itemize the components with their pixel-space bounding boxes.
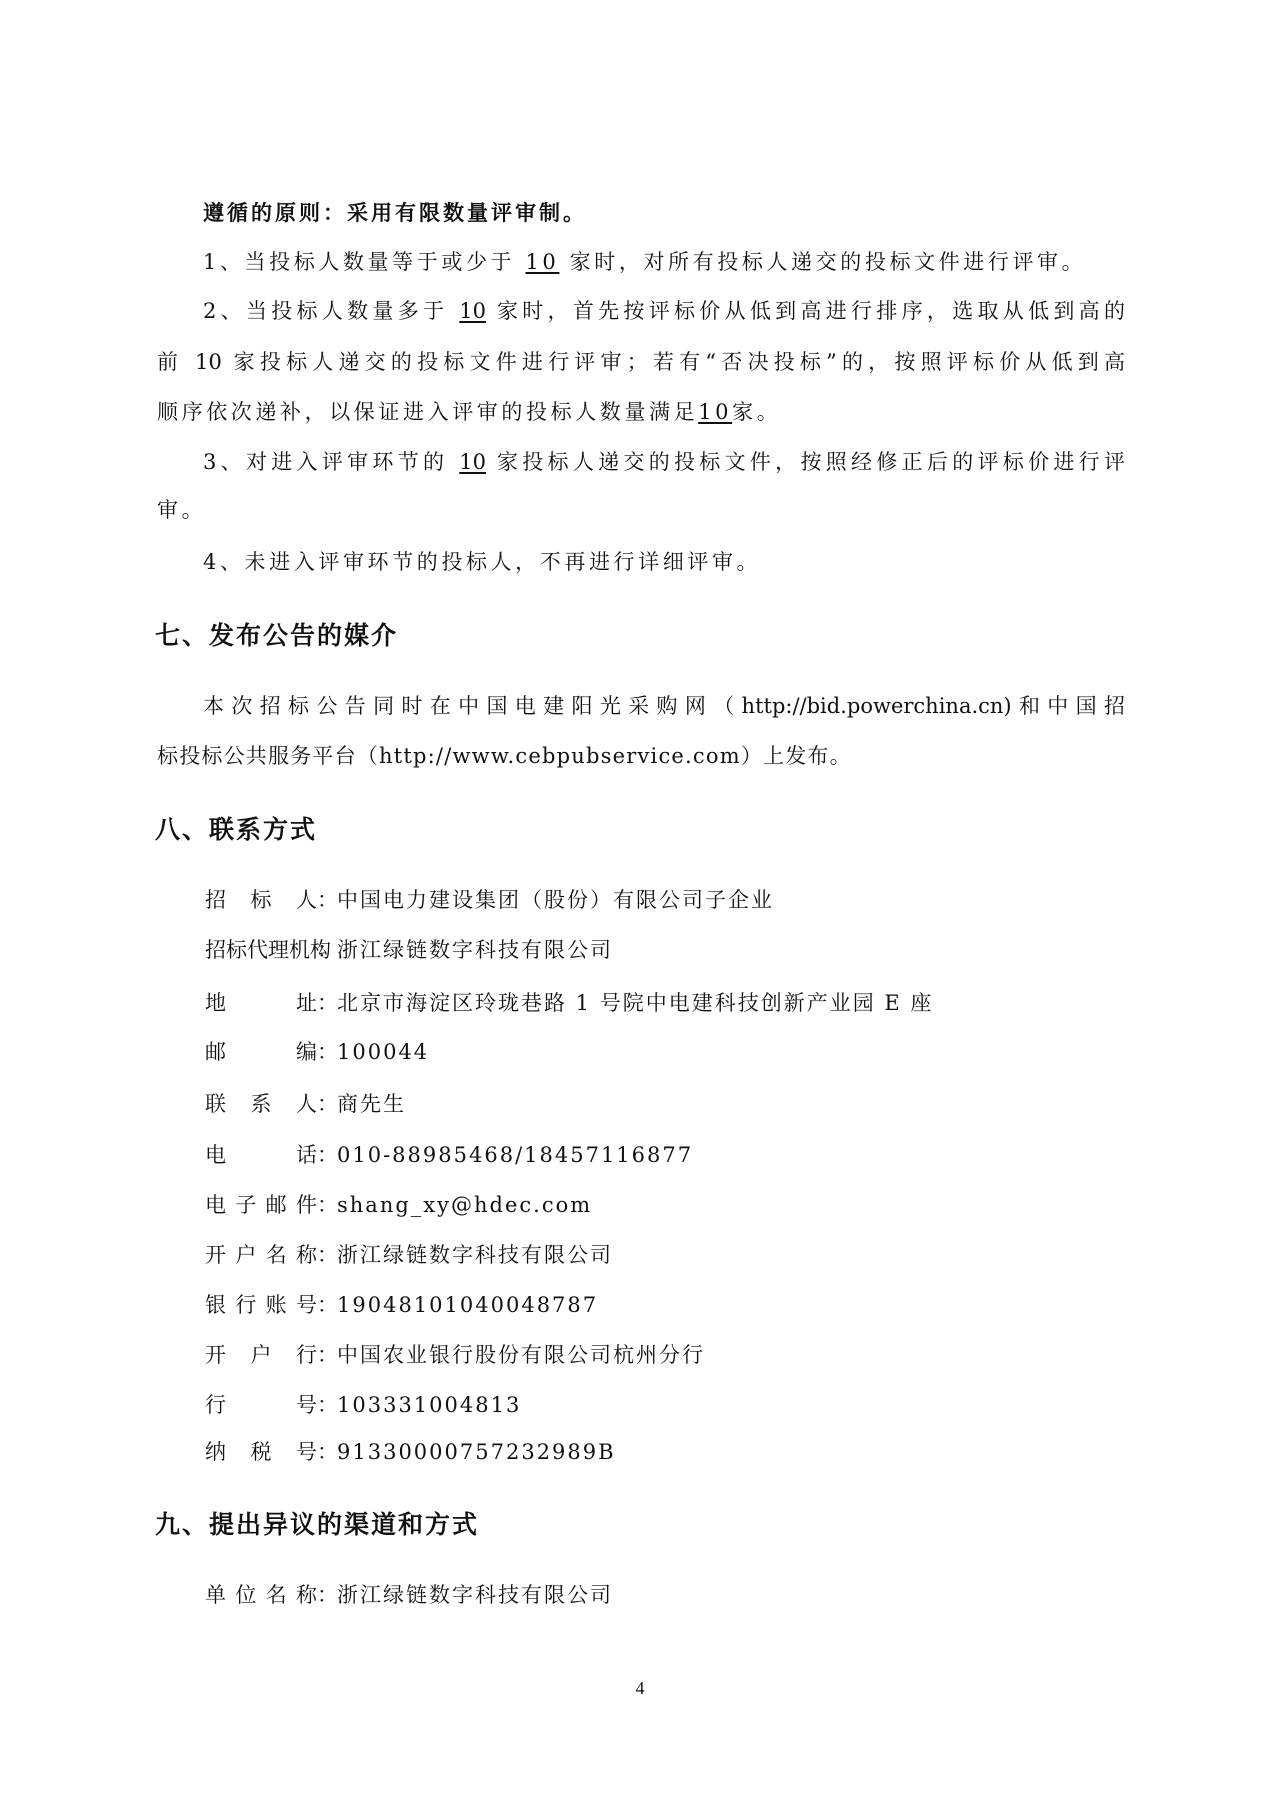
contact-value: 商先生: [337, 1092, 406, 1116]
section-heading-9: 九、提出异议的渠道和方式: [155, 1508, 479, 1542]
colon: ：: [317, 935, 337, 965]
contact-label: 电子邮件: [205, 1190, 317, 1220]
section-heading-7: 七、发布公告的媒介: [155, 619, 398, 653]
contact-value: 浙江绿链数字科技有限公司: [337, 1243, 613, 1267]
contact-value: 浙江绿链数字科技有限公司: [337, 1583, 613, 1607]
contact-label: 电话: [205, 1140, 317, 1170]
media-paragraph-line-2: 标投标公共服务平台（http://www.cebpubservice.com）上…: [157, 741, 852, 771]
principle-line: 遵循的原则：采用有限数量评审制。: [203, 198, 587, 228]
rule-text: 2、当投标人数量多于: [203, 299, 448, 323]
contact-row-bidder: 招标人：中国电力建设集团（股份）有限公司子企业: [205, 885, 774, 915]
rule-item-1: 1、当投标人数量等于或少于 10 家时，对所有投标人递交的投标文件进行评审。: [203, 247, 1086, 277]
contact-label: 招标代理机构: [205, 935, 317, 965]
colon: ：: [317, 1580, 337, 1610]
contact-row-phone: 电话：010-88985468/18457116877: [205, 1140, 693, 1170]
rule-item-2-cont2: 顺序依次递补，以保证进入评审的投标人数量满足10家。: [157, 397, 781, 427]
colon: ：: [317, 1240, 337, 1270]
count-underlined: 10: [698, 400, 732, 424]
contact-label: 开户名称: [205, 1240, 317, 1270]
contact-label: 联系人: [205, 1089, 317, 1119]
colon: ：: [317, 1089, 337, 1119]
colon: ：: [317, 1290, 337, 1320]
colon: ：: [317, 1190, 337, 1220]
contact-row-agency: 招标代理机构：浙江绿链数字科技有限公司: [205, 935, 613, 965]
contact-label: 地址: [205, 988, 317, 1018]
rule-item-3: 3、对进入评审环节的 10 家投标人递交的投标文件，按照经修正后的评标价进行评: [203, 447, 1125, 477]
section-heading-8: 八、联系方式: [155, 813, 317, 847]
colon: ：: [317, 1390, 337, 1420]
contact-row-address: 地址：北京市海淀区玲珑巷路 1 号院中电建科技创新产业园 E 座: [205, 988, 933, 1018]
page-number: 4: [0, 1678, 1280, 1699]
rule-text: 1、当投标人数量等于或少于: [203, 250, 515, 274]
contact-row-postcode: 邮编：100044: [205, 1037, 429, 1067]
contact-label: 行号: [205, 1390, 317, 1420]
contact-row-bank-account: 银行账号：19048101040048787: [205, 1290, 598, 1320]
colon: ：: [317, 1437, 337, 1467]
rule-text: 家投标人递交的投标文件，按照经修正后的评标价进行评: [497, 450, 1125, 474]
contact-value: 103331004813: [337, 1393, 521, 1417]
contact-value: 19048101040048787: [337, 1293, 598, 1317]
contact-row-bank-code: 行号：103331004813: [205, 1390, 521, 1420]
rule-text: 顺序依次递补，以保证进入评审的投标人数量满足: [157, 400, 698, 424]
contact-value: 010-88985468/18457116877: [337, 1143, 693, 1167]
contact-label: 开户行: [205, 1340, 317, 1370]
contact-value: 中国电力建设集团（股份）有限公司子企业: [337, 888, 774, 912]
rule-text: 家时，对所有投标人递交的投标文件进行评审。: [570, 250, 1087, 274]
contact-value: 100044: [337, 1040, 429, 1064]
rule-item-2: 2、当投标人数量多于 10 家时，首先按评标价从低到高进行排序，选取从低到高的: [203, 296, 1125, 326]
contact-row-contact-person: 联系人：商先生: [205, 1089, 406, 1119]
colon: ：: [317, 988, 337, 1018]
count-underlined: 10: [525, 250, 559, 274]
objection-row-unit-name: 单位名称：浙江绿链数字科技有限公司: [205, 1580, 613, 1610]
contact-row-bank: 开户行：中国农业银行股份有限公司杭州分行: [205, 1340, 705, 1370]
contact-label: 银行账号: [205, 1290, 317, 1320]
contact-value: 91330000757232989B: [337, 1440, 616, 1464]
colon: ：: [317, 1340, 337, 1370]
contact-label: 邮编: [205, 1037, 317, 1067]
contact-value: 北京市海淀区玲珑巷路 1 号院中电建科技创新产业园 E 座: [337, 991, 933, 1015]
contact-row-tax-id: 纳税号：91330000757232989B: [205, 1437, 616, 1467]
contact-value: 中国农业银行股份有限公司杭州分行: [337, 1343, 705, 1367]
rule-item-4: 4、未进入评审环节的投标人，不再进行详细评审。: [203, 547, 761, 577]
count-underlined: 10: [459, 450, 486, 474]
rule-item-3-cont: 审。: [157, 495, 206, 525]
rule-item-2-cont: 前 10 家投标人递交的投标文件进行评审；若有“否决投标”的，按照评标价从低到高: [157, 347, 1125, 377]
contact-label: 单位名称: [205, 1580, 317, 1610]
rule-text: 3、对进入评审环节的: [203, 450, 448, 474]
contact-label: 招标人: [205, 885, 317, 915]
colon: ：: [317, 1140, 337, 1170]
colon: ：: [317, 1037, 337, 1067]
contact-row-email: 电子邮件：shang_xy@hdec.com: [205, 1190, 592, 1220]
colon: ：: [317, 885, 337, 915]
contact-label: 纳税号: [205, 1437, 317, 1467]
contact-value: 浙江绿链数字科技有限公司: [337, 938, 613, 962]
rule-text: 家时，首先按评标价从低到高进行排序，选取从低到高的: [497, 299, 1125, 323]
rule-text: 家。: [732, 400, 781, 424]
contact-value: shang_xy@hdec.com: [337, 1193, 592, 1217]
media-paragraph-line-1: 本次招标公告同时在中国电建阳光采购网（http://bid.powerchina…: [203, 691, 1125, 721]
contact-row-account-name: 开户名称：浙江绿链数字科技有限公司: [205, 1240, 613, 1270]
count-underlined: 10: [459, 299, 486, 323]
